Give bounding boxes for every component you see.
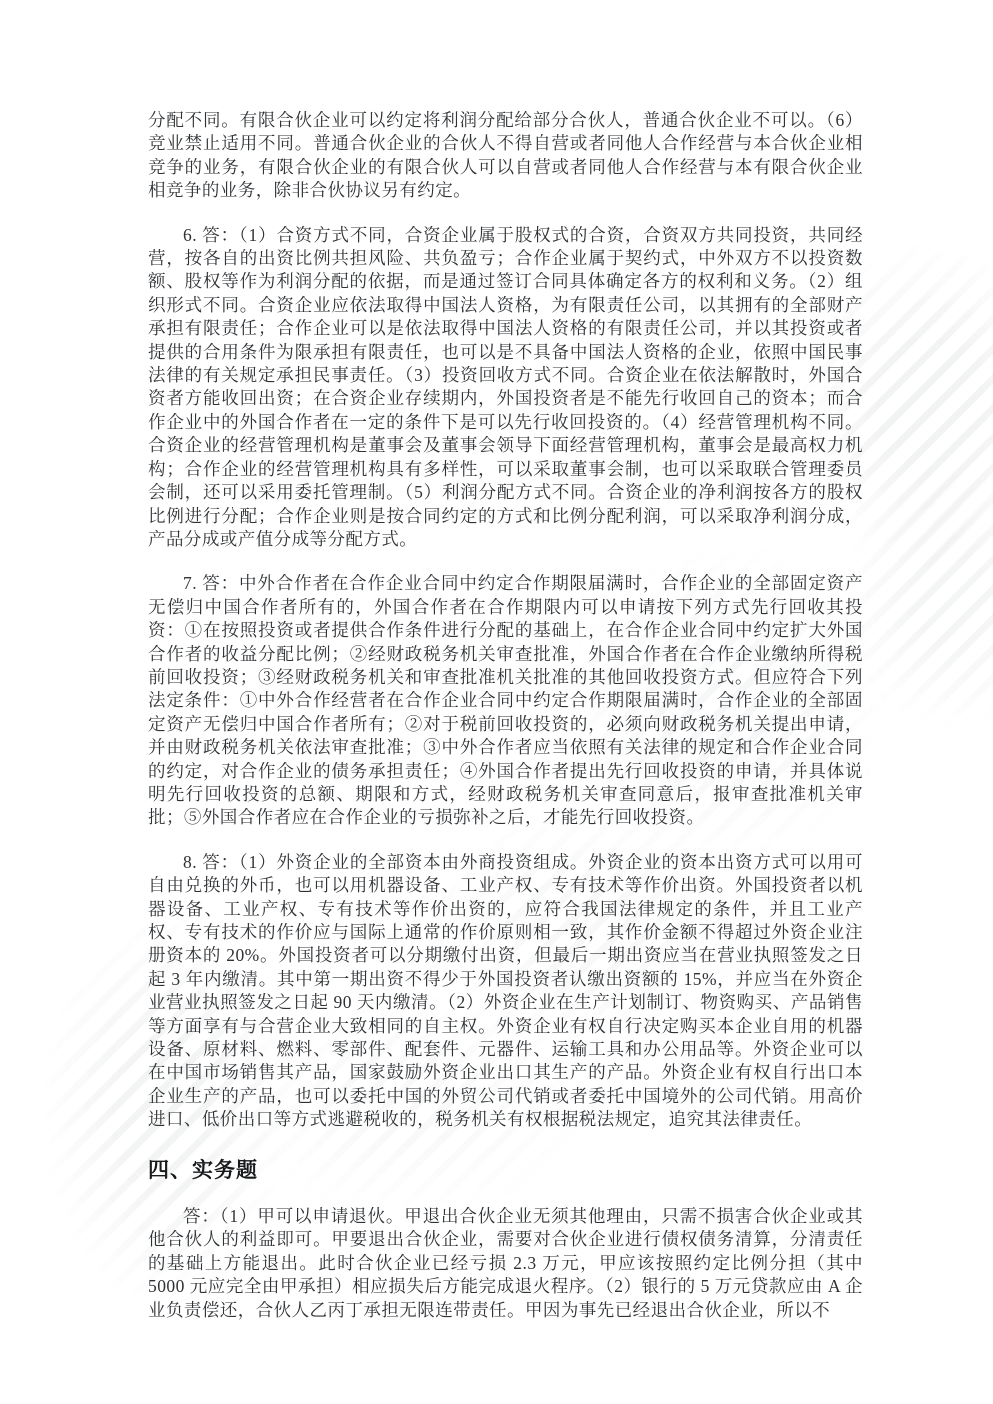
answer-paragraph-7: 7. 答：中外合作者在合作企业合同中约定合作期限届满时，合作企业的全部固定资产无… xyxy=(148,572,863,829)
answer-paragraph-8: 8. 答：（1）外资企业的全部资本由外商投资组成。外资企业的资本出资方式可以用可… xyxy=(148,851,863,1132)
document-page: 分配不同。有限合伙企业可以约定将利润分配给部分合伙人，普通合伙企业不可以。（6）… xyxy=(0,0,993,1404)
section-heading: 四、实务题 xyxy=(148,1159,863,1182)
answer-paragraph-practical: 答：（1）甲可以申请退伙。甲退出合伙企业无须其他理由，只需不损害合伙企业或其他合… xyxy=(148,1205,863,1322)
document-content: 分配不同。有限合伙企业可以约定将利润分配给部分合伙人，普通合伙企业不可以。（6）… xyxy=(148,109,863,1343)
paragraph-continuation: 分配不同。有限合伙企业可以约定将利润分配给部分合伙人，普通合伙企业不可以。（6）… xyxy=(148,109,863,203)
answer-paragraph-6: 6. 答：（1）合资方式不同，合资企业属于股权式的合资，合资双方共同投资，共同经… xyxy=(148,224,863,552)
